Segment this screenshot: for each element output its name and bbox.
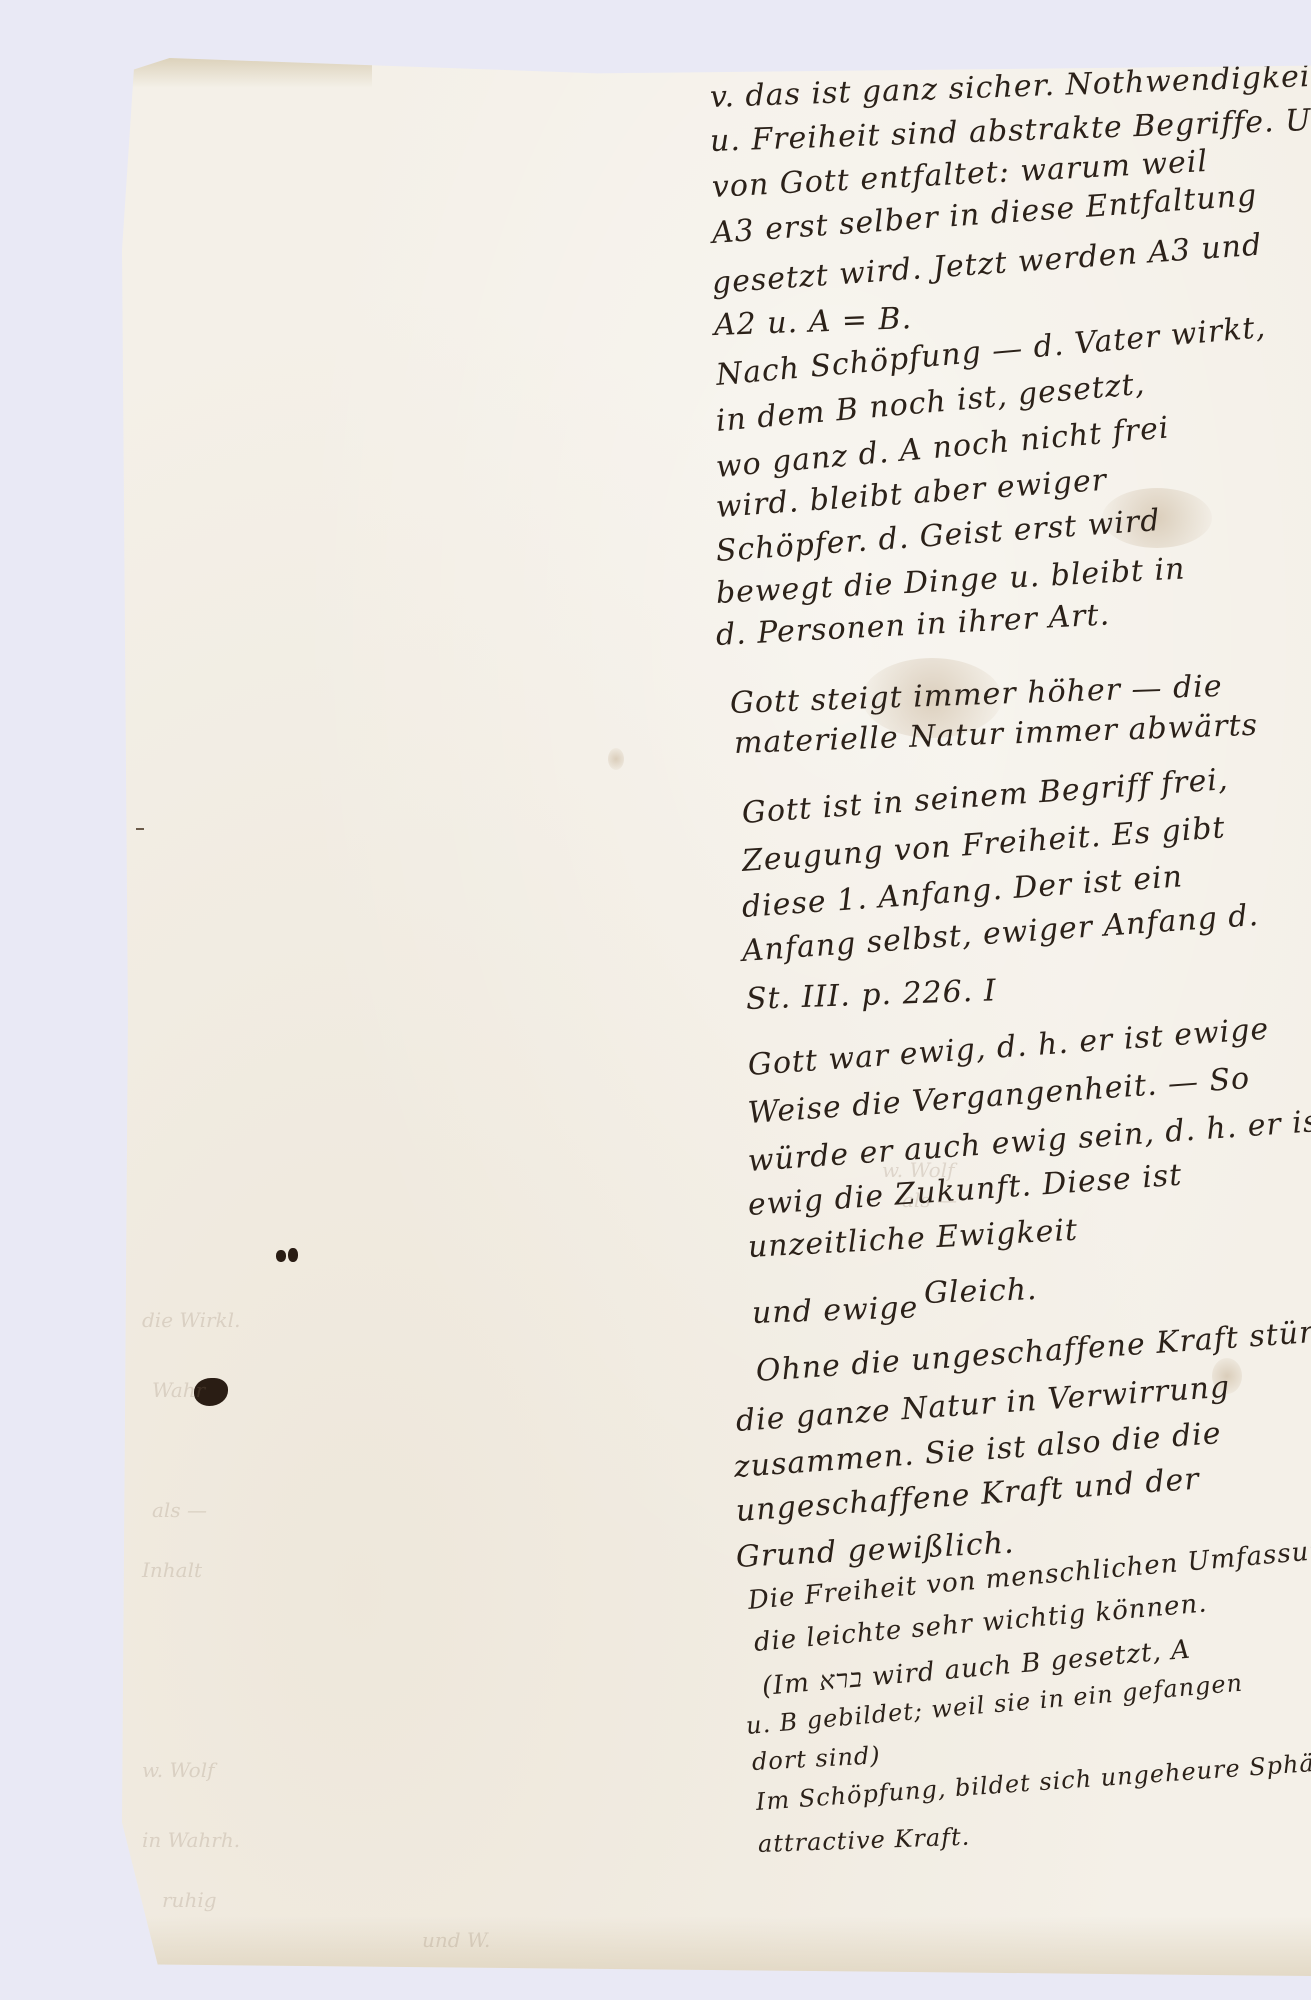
manuscript-page: die Wirkl. Wahr als — Inhalt w. Wolf in … — [122, 58, 1311, 1976]
manuscript-line: A2 u. A = B. — [713, 301, 912, 343]
manuscript-line: dort sind) — [751, 1741, 881, 1776]
manuscript-line: attractive Kraft. — [758, 1823, 971, 1858]
page-reference: St. III. p. 226. I — [745, 973, 997, 1017]
manuscript-line: unzeitliche Ewigkeit — [747, 1213, 1079, 1265]
manuscript-line: und ewige — [751, 1290, 918, 1331]
handwritten-text-column: v. das ist ganz sicher. Nothwendigkeit u… — [122, 58, 1311, 1976]
manuscript-line: Gleich. — [923, 1272, 1038, 1311]
